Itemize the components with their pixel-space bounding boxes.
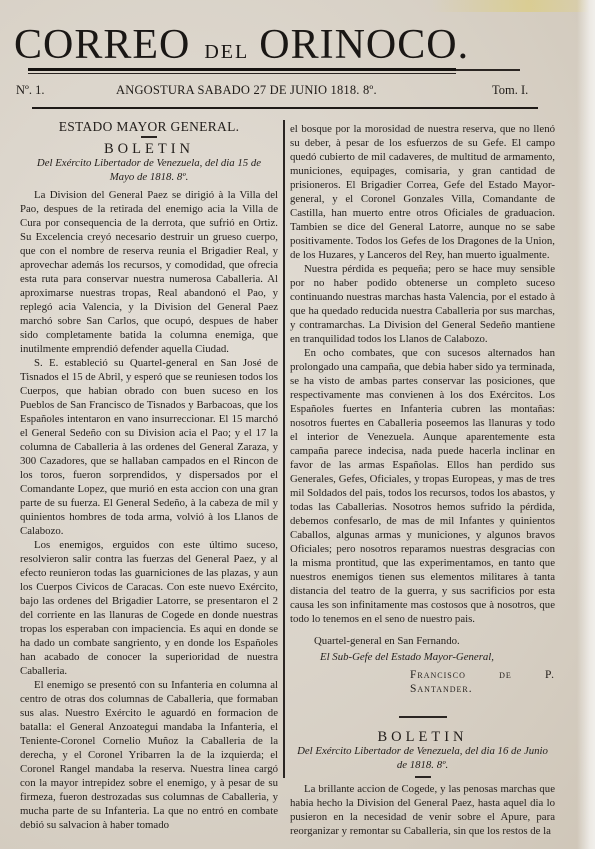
paper-stain <box>430 0 595 12</box>
tome-number: Tom. I. <box>492 83 528 98</box>
boletin-subtitle: Del Exército Libertador de Venezuela, de… <box>24 156 274 184</box>
torn-edge <box>577 0 595 849</box>
place-date: ANGOSTURA SABADO 27 DE JUNIO 1818. 8º. <box>116 83 377 98</box>
masthead: CORREODELORINOCO. <box>14 20 554 70</box>
article-paragraph: En ocho combates, que con sucesos altern… <box>290 346 555 626</box>
boletin2-subtitle: Del Exército Libertador de Venezuela, de… <box>294 744 551 772</box>
section-heading: ESTADO MAYOR GENERAL. <box>20 120 278 134</box>
masthead-rule-right <box>456 69 520 71</box>
article-paragraph: S. E. estableció su Quartel-general en S… <box>20 356 278 538</box>
article-paragraph: La brillante accion de Cogede, y las pen… <box>290 782 555 838</box>
dateline: Nº. 1. ANGOSTURA SABADO 27 DE JUNIO 1818… <box>14 83 539 99</box>
signature-name: Francisco de P. Santander. <box>410 668 555 696</box>
article-paragraph: La Division del General Paez se dirigió … <box>20 188 278 356</box>
article-paragraph: el bosque por la morosidad de nuestra re… <box>290 122 555 262</box>
article-paragraph: El enemigo se presentó con su Infanteria… <box>20 678 278 832</box>
masthead-title-left: CORREO <box>14 22 190 68</box>
boletin2-title: BOLETIN <box>290 730 555 744</box>
signature-place: Quartel-general en San Fernando. <box>314 634 555 648</box>
masthead-rule <box>28 68 456 71</box>
left-column: ESTADO MAYOR GENERAL. BOLETIN Del Exérci… <box>20 118 278 832</box>
masthead-title-right: ORINOCO. <box>259 22 469 68</box>
right-column: el bosque por la morosidad de nuestra re… <box>290 122 555 838</box>
boletin-title: BOLETIN <box>20 142 278 156</box>
heading-dash <box>141 136 157 138</box>
issue-number: Nº. 1. <box>16 83 45 98</box>
masthead-rule-thin <box>28 73 456 74</box>
article-paragraph: Nuestra pérdida es pequeña; pero se hace… <box>290 262 555 346</box>
article-paragraph: Los enemigos, erguidos con este último s… <box>20 538 278 678</box>
newspaper-page: CORREODELORINOCO. Nº. 1. ANGOSTURA SABAD… <box>0 0 595 849</box>
dateline-rule <box>32 107 538 109</box>
section-rule <box>399 716 447 718</box>
column-divider <box>283 120 285 778</box>
heading-dash <box>415 776 431 778</box>
masthead-title-mid: DEL <box>204 41 249 63</box>
signature-role: El Sub-Gefe del Estado Mayor-General, <box>320 650 555 664</box>
